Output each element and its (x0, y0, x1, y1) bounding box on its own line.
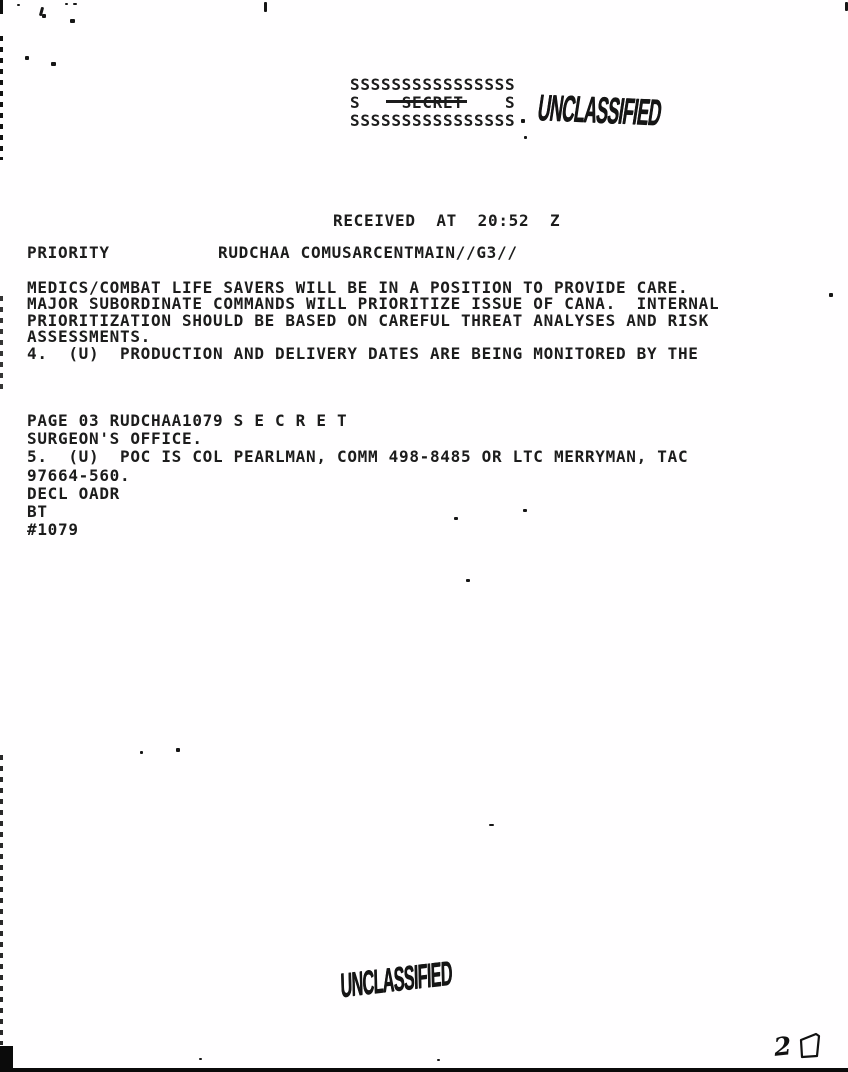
ink-speck (42, 14, 46, 18)
s-banner-top-row: SSSSSSSSSSSSSSSS (350, 76, 515, 94)
scan-edge-artifact (0, 0, 3, 14)
ink-speck (524, 136, 527, 139)
message-page3-text: PAGE 03 RUDCHAA1079 S E C R E T SURGEON'… (27, 412, 688, 539)
priority-label: PRIORITY (27, 244, 110, 262)
routing-address-line: RUDCHAA COMUSARCENTMAIN//G3// (218, 244, 518, 262)
s-banner-right-s: S (505, 93, 515, 112)
ink-speck (489, 824, 494, 826)
handwritten-checkbox-mark (798, 1032, 826, 1062)
scan-edge-artifact (0, 36, 3, 160)
ink-speck (264, 2, 267, 12)
ink-speck (65, 3, 68, 5)
received-timestamp-line: RECEIVED AT 20:52 Z (333, 212, 560, 230)
ink-speck (437, 1059, 440, 1061)
ink-speck (25, 56, 29, 60)
ink-speck (176, 748, 180, 752)
ink-speck (17, 4, 20, 6)
unclassified-stamp-top: UNCLASSIFIED (536, 89, 664, 131)
ink-speck (454, 517, 458, 520)
scan-edge-artifact (0, 755, 3, 1045)
ink-speck (199, 1058, 202, 1060)
s-banner-bottom-row: SSSSSSSSSSSSSSSS (350, 112, 515, 130)
handwritten-page-number: 2 (773, 1031, 793, 1062)
ink-speck (523, 509, 527, 512)
ink-speck (466, 579, 470, 582)
struck-secret-word: SECRET (402, 94, 464, 112)
scan-edge-artifact (0, 296, 3, 391)
ink-speck (140, 751, 143, 754)
classification-banner: SSSSSSSSSSSSSSSS S SECRET S SSSSSSSSSSSS… (350, 76, 515, 130)
ink-speck (70, 19, 75, 23)
ink-speck (521, 119, 525, 123)
ink-speck (73, 3, 77, 5)
s-banner-left-s: S (350, 93, 360, 112)
scan-bottom-edge-artifact (0, 1068, 848, 1072)
scanned-document-page: SSSSSSSSSSSSSSSS S SECRET S SSSSSSSSSSSS… (0, 0, 848, 1072)
unclassified-stamp-bottom: UNCLASSIFIED (340, 956, 452, 1003)
message-body-text: MEDICS/COMBAT LIFE SAVERS WILL BE IN A P… (27, 280, 719, 362)
s-banner-secret-row: S SECRET S (350, 94, 515, 112)
ink-speck (829, 293, 833, 297)
ink-speck (51, 62, 56, 66)
